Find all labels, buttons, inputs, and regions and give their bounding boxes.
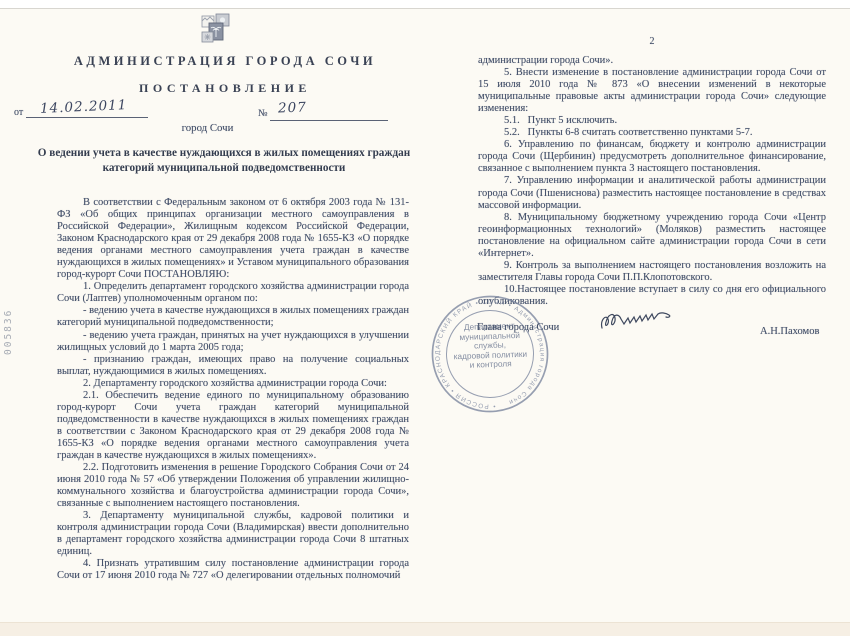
signer-name: А.Н.Пахомов (760, 326, 819, 337)
paragraph: 5.2. Пункты 6-8 считать соответственно п… (478, 127, 826, 139)
date-label: от (14, 107, 23, 118)
right-column-text: администрации города Сочи».5. Внести изм… (478, 55, 826, 308)
paragraph: 4. Признать утратившим силу постановлени… (57, 558, 409, 582)
document-title: О ведении учета в качестве нуждающихся в… (28, 146, 420, 176)
paragraph: 5. Внести изменение в постановление адми… (478, 67, 826, 115)
paragraph: 2.2. Подготовить изменения в решение Гор… (57, 462, 409, 510)
paragraph: В соответствии с Федеральным законом от … (57, 197, 409, 281)
left-column-text: В соответствии с Федеральным законом от … (57, 197, 409, 583)
scan-edge-bottom (0, 622, 850, 636)
document-title-line2: категорий муниципальной подведомственнос… (28, 161, 420, 176)
paragraph: - признанию граждан, имеющих право на по… (57, 354, 409, 378)
paragraph: 3. Департаменту муниципальной службы, ка… (57, 510, 409, 558)
sochi-coat-of-arms-icon (199, 11, 235, 47)
paragraph: - ведению учета в качестве нуждающихся в… (57, 305, 409, 329)
paragraph: 5.1. Пункт 5 исключить. (478, 115, 826, 127)
paragraph: администрации города Сочи». (478, 55, 826, 67)
paragraph: 7. Управлению информации и аналитической… (478, 175, 826, 211)
page-number: 2 (478, 36, 826, 47)
paragraph: 2. Департаменту городского хозяйства адм… (57, 378, 409, 390)
number-label: № (258, 108, 268, 119)
handwritten-number: 207 (278, 100, 307, 117)
city-line: город Сочи (0, 122, 415, 134)
paragraph: 8. Муниципальному бюджетному учреждению … (478, 212, 826, 260)
document-title-line1: О ведении учета в качестве нуждающихся в… (28, 146, 420, 161)
registry-stamp-number: 005836 (3, 285, 14, 355)
organization-name: АДМИНИСТРАЦИЯ ГОРОДА СОЧИ (0, 54, 450, 69)
scanned-document: АДМИНИСТРАЦИЯ ГОРОДА СОЧИ ПОСТАНОВЛЕНИЕ … (0, 0, 850, 636)
document-type-heading: ПОСТАНОВЛЕНИЕ (0, 81, 450, 96)
paragraph: 6. Управлению по финансам, бюджету и кон… (478, 139, 826, 175)
paragraph: 1. Определить департамент городского хоз… (57, 281, 409, 305)
scan-edge-top (0, 0, 850, 9)
signer-position: Глава города Сочи (477, 322, 559, 333)
paragraph: 9. Контроль за выполнением настоящего по… (478, 260, 826, 284)
paragraph: 2.1. Обеспечить ведение единого по муниц… (57, 390, 409, 462)
paragraph: - ведению учета граждан, принятых на уче… (57, 330, 409, 354)
signature-scribble (598, 308, 698, 338)
